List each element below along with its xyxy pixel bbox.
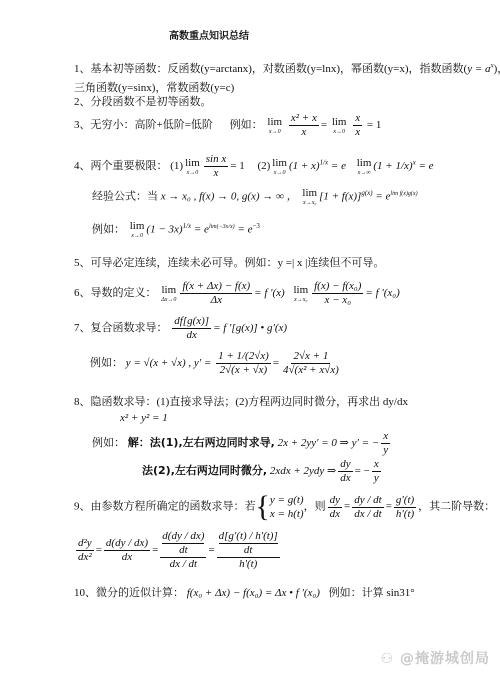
numerator-bottom: dt [179,544,188,557]
denominator: dx [328,508,342,521]
text: = f '[g(x)] • g'(x) [213,322,287,334]
section-10: 10、微分的近似计算： f(x₀ + Δx) − f(x₀) = Δx • f … [74,584,415,600]
section-5: 5、可导必定连续，连续未必可导。例如：y =| x |连续但不可导。 [74,254,384,270]
text: (2) [257,160,270,172]
section-6: 6、导数的定义： limΔx→0f(x + Δx) − f(x)Δx= f '(… [74,280,400,307]
lim: lim [357,157,372,169]
limit: limΔx→0 [161,284,176,304]
denominator: dx [338,472,352,485]
row: x = h(t) [270,507,304,521]
denominator: dx [120,551,134,564]
lim: lim [332,116,347,128]
superscript: lim(−3x/x) [209,224,235,230]
lim-sub: x→∞ [358,169,371,177]
fraction: 2√x + 14√(x² + x√x) [281,350,341,377]
expr: (1 − 3x) [146,224,182,236]
formula: y = a [467,63,490,75]
empirical-example: 例如： limx→0(1 − 3x)1/x = elim(−3x/x) = e−… [92,220,260,240]
denominator: h'(t) [394,508,416,521]
numerator: dy / dt [352,494,384,508]
text: 例如： [230,119,263,131]
numerator: sin x [204,153,228,167]
lim-sub: x→x₀ [294,296,307,304]
limit: limx→0 [185,157,200,177]
expr: 2x + 2yy' = 0 ⇒ y' = − [278,437,380,449]
fraction: x² + xx [289,112,319,139]
lim: lim [293,284,308,296]
denominator: y [381,444,390,457]
section-8-solution-2: 法(2),左右两边同时微分, 2xdx + 2ydy ⇒dydx= −xy [142,458,383,485]
lim-sub: x→x₀ [303,199,316,207]
expr: [1 + f(x)] [319,191,361,203]
text: (1) [170,160,183,172]
section-8-equation: x² + y² = 1 [120,412,168,424]
fraction: f(x + Δx) − f(x)Δx [180,280,252,307]
expr: (1 + x) [289,160,320,172]
fraction: dydx [338,458,352,485]
lim-sub: Δx→0 [161,296,176,304]
text: = − [355,465,370,477]
section-7-example: 例如： y = √(x + √x) , y' = 1 + 1/(2√x)2√(x… [90,350,343,377]
text: 经验公式：当 [92,191,158,203]
denominator: dx [184,329,198,342]
denominator: dx / dt [352,508,384,521]
expr: (1 + 1/x) [373,160,412,172]
text: )， [494,63,500,75]
fraction: g'(t)h'(t) [394,494,416,521]
numerator: f(x + Δx) − f(x) [180,280,252,294]
text: 10、微分的近似计算： [74,587,184,599]
fraction: sin xx [204,153,228,180]
numerator: d²y [76,537,94,551]
text: 法(2),左右两边同时微分, [142,464,267,477]
text: ，其二阶导数： [418,501,495,513]
lim: lim [162,284,177,296]
denominator: x [212,167,221,180]
section-8-solution-1: 例如： 解：法(1),左右两边同时求导, 2x + 2yy' = 0 ⇒ y' … [92,430,392,457]
numerator-top: d(dy / dx) [162,530,204,544]
lim: lim [185,157,200,169]
superscript: −3 [252,222,259,230]
text: = e [418,160,433,172]
result: = 1 [367,119,381,131]
expr: y = √(x + √x) , y' = [126,357,212,369]
text: 例如： [90,357,123,369]
text: 6、导数的定义： [74,287,157,299]
fraction: d(dy / dx)dx [104,537,150,564]
fraction: xy [381,430,390,457]
numerator: x [381,430,390,444]
watermark: ⚇ @掩游城创局 [381,648,490,668]
text: = e [375,191,390,203]
empirical-formula: 经验公式：当 x → x₀ , f(x) → 0, g(x) → ∞ ， lim… [92,187,418,207]
formula: f(x₀ + Δx) − f(x₀) = Δx • f '(x₀) [187,587,320,599]
text: 1、基本初等函数：反函数(y=arctanx)，对数函数(y=lnx)，幂函数(… [74,63,467,75]
text: 例如： [92,224,125,236]
denominator: Δx [209,294,224,307]
denominator: dx / dt [168,558,200,571]
row: y = g(t) [270,493,304,507]
numerator: f(x) − f(x₀) [312,280,363,294]
lim-sub: x→0 [269,128,281,136]
numerator-top: d[g'(t) / h'(t)] [219,530,278,544]
lim: lim [130,220,145,232]
lim: lim [302,187,317,199]
fraction: 1 + 1/(2√x)2√(x + √x) [216,350,271,377]
numerator: dy [338,458,352,472]
superscript: 1/x [320,158,329,166]
fraction: d²ydx² [76,537,94,564]
limit: limx→0 [332,116,347,136]
section-9-second-derivative: d²ydx²=d(dy / dx)dx=d(dy / dx)dtdx / dt=… [74,530,282,571]
text: = f '(x₀) [365,287,399,299]
lim-sub: x→0 [333,128,345,136]
parametric-system: {y = g(t)x = h(t) [256,492,304,522]
text: 9、由参数方程所确定的函数求导：若 [74,501,256,513]
limit: limx→x₀ [302,187,317,207]
denominator: x [299,126,308,139]
text: = f '(x) [254,287,285,299]
text: 解：法(1),左右两边同时求导, [128,436,275,449]
numerator: 1 + 1/(2√x) [216,350,271,364]
denominator: 2√(x + √x) [218,364,270,377]
numerator: 2√x + 1 [291,350,330,364]
numerator-bottom: dt [244,544,253,557]
numerator: d(dy / dx) [104,537,150,551]
denominator: dx² [76,551,94,564]
denominator: h'(t) [237,558,259,571]
text: = 1 [230,160,244,172]
fraction: f(x) − f(x₀)x − x₀ [312,280,363,307]
fraction: xy [372,458,381,485]
fraction: dy / dtdx / dt [352,494,384,521]
lim: lim [267,116,282,128]
fraction: df[g(x)]dx [172,315,211,342]
denominator: x [353,126,362,139]
text: = [273,357,279,369]
text: = e [194,224,209,236]
superscript: lim f(x)g(x) [390,191,417,197]
text: 例如：计算 sin31° [329,587,415,599]
text: = e [237,224,252,236]
numerator: x [353,112,362,126]
superscript: 1/x [183,222,192,230]
denominator: x − x₀ [323,294,354,307]
denominator: 4√(x² + x√x) [281,364,341,377]
condition: x → x₀ , f(x) → 0, g(x) → ∞ ， [161,191,298,203]
superscript: g(x) [361,189,372,197]
numerator: df[g(x)] [172,315,211,329]
denominator: y [372,472,381,485]
section-7: 7、复合函数求导： df[g(x)]dx= f '[g(x)] • g'(x) [74,315,287,342]
section-4: 4、两个重要极限： (1)limx→0sin xx= 1 (2)limx→0(1… [74,153,434,180]
expr: 2xdx + 2ydy ⇒ [270,465,336,477]
text: 7、复合函数求导： [74,322,168,334]
section-3: 3、无穷小：高阶+低阶=低阶 例如： limx→0 x² + xx= limx→… [74,112,381,139]
limit: limx→x₀ [293,284,308,304]
limit: limx→0 [267,116,282,136]
limit: limx→0 [272,157,287,177]
fraction: xx [353,112,362,139]
section-9: 9、由参数方程所确定的函数求导：若{y = g(t)x = h(t)，则dydx… [74,492,495,522]
text: = e [331,160,346,172]
section-8: 8、隐函数求导：(1)直接求导法；(2)方程两边同时微分，再求出 dy/dx [74,393,408,409]
brace-icon: { [256,492,270,522]
numerator: dy [328,494,342,508]
section-1-line-1: 1、基本初等函数：反函数(y=arctanx)，对数函数(y=lnx)，幂函数(… [74,60,500,76]
text: ，则 [304,501,326,513]
superscript: x [413,158,416,166]
fraction: dydx [328,494,342,521]
limit: limx→0 [130,220,145,240]
numerator: g'(t) [394,494,416,508]
section-2: 2、分段函数不是初等函数。 [74,93,212,109]
numerator: x [372,458,381,472]
lim-sub: x→0 [274,169,286,177]
page-title: 高数重点知识总结 [169,27,249,42]
lim: lim [272,157,287,169]
limit: limx→∞ [357,157,372,177]
fraction: d[g'(t) / h'(t)]dth'(t) [217,530,280,571]
text: 例如： [92,437,125,449]
lim-sub: x→0 [131,232,143,240]
lim-sub: x→0 [187,169,199,177]
text: 3、无穷小：高阶+低阶=低阶 [74,119,213,131]
fraction: d(dy / dx)dtdx / dt [160,530,206,571]
numerator: x² + x [289,112,319,126]
text: 4、两个重要极限： [74,160,168,172]
